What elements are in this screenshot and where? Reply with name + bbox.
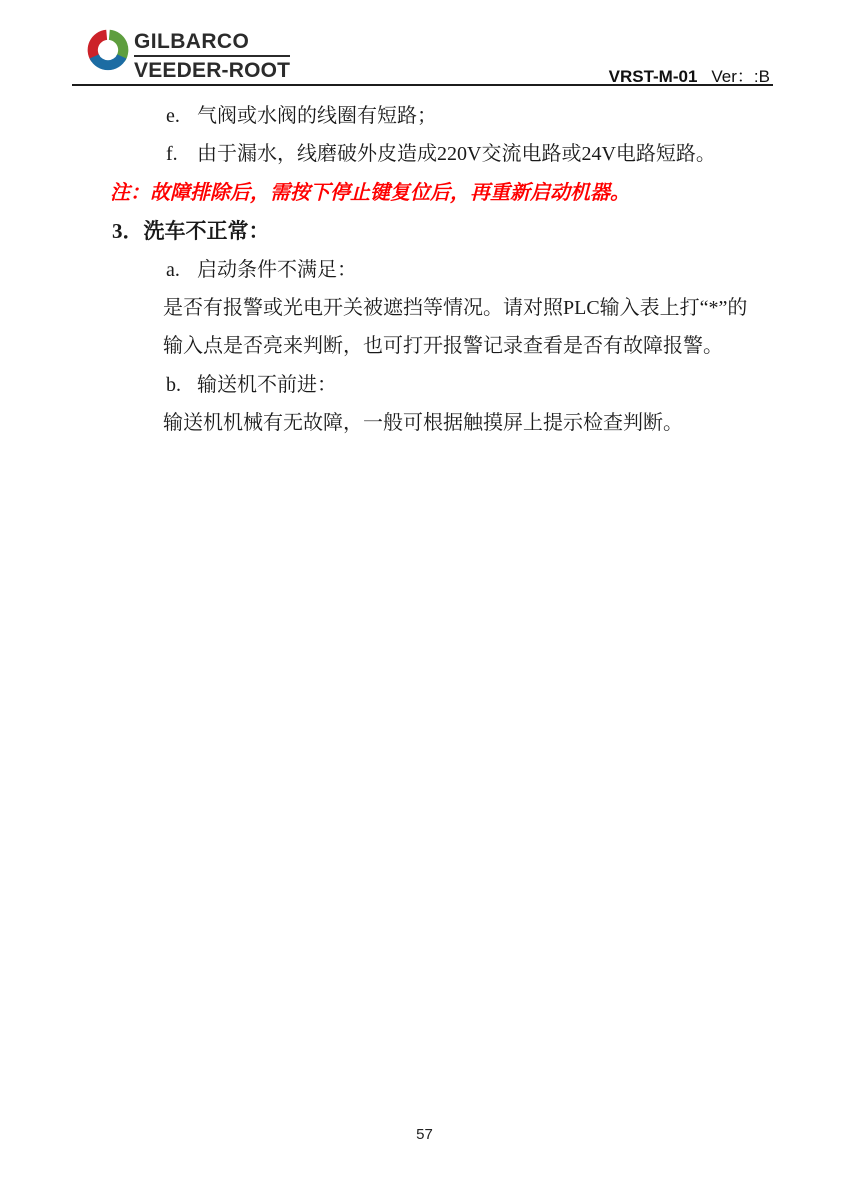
list-item-marker: b. [166,372,197,398]
list-item-text: 启动条件不满足： [197,259,357,281]
gilbarco-logo-icon [86,28,130,72]
logo-text-gilbarco: GILBARCO [134,31,290,57]
list-item-marker: f. [166,141,197,167]
list-item-f: f.由于漏水，线磨破外皮造成220V交流电路或24V电路短路。 [166,141,716,167]
document-page: GILBARCO VEEDER-ROOT VRST-M-01Ver：:B e.气… [0,0,849,1200]
section-heading-3: 3．洗车不正常： [112,218,270,244]
list-item-text: 由于漏水，线磨破外皮造成220V交流电路或24V电路短路。 [197,143,716,165]
list-item-marker: a. [166,257,197,283]
list-item-e: e.气阀或水阀的线圈有短路； [166,103,437,129]
paragraph-b-line1: 输送机机械有无故障，一般可根据触摸屏上提示检查判断。 [163,410,683,436]
paragraph-a-line1: 是否有报警或光电开关被遮挡等情况。请对照PLC输入表上打“*”的 [163,295,747,321]
page-number: 57 [0,1126,849,1143]
list-item-b: b.输送机不前进： [166,372,337,398]
logo-wordmark: GILBARCO VEEDER-ROOT [134,31,290,81]
logo-text-veeder-root: VEEDER-ROOT [134,57,290,81]
list-item-a: a.启动条件不满足： [166,257,357,283]
header-divider [72,84,773,86]
list-item-marker: e. [166,103,197,129]
list-item-text: 气阀或水阀的线圈有短路； [197,105,437,127]
paragraph-a-line2: 输入点是否亮来判断，也可打开报警记录查看是否有故障报警。 [163,333,723,359]
list-item-text: 输送机不前进： [197,374,337,396]
warning-note: 注：故障排除后，需按下停止键复位后，再重新启动机器。 [110,180,630,206]
